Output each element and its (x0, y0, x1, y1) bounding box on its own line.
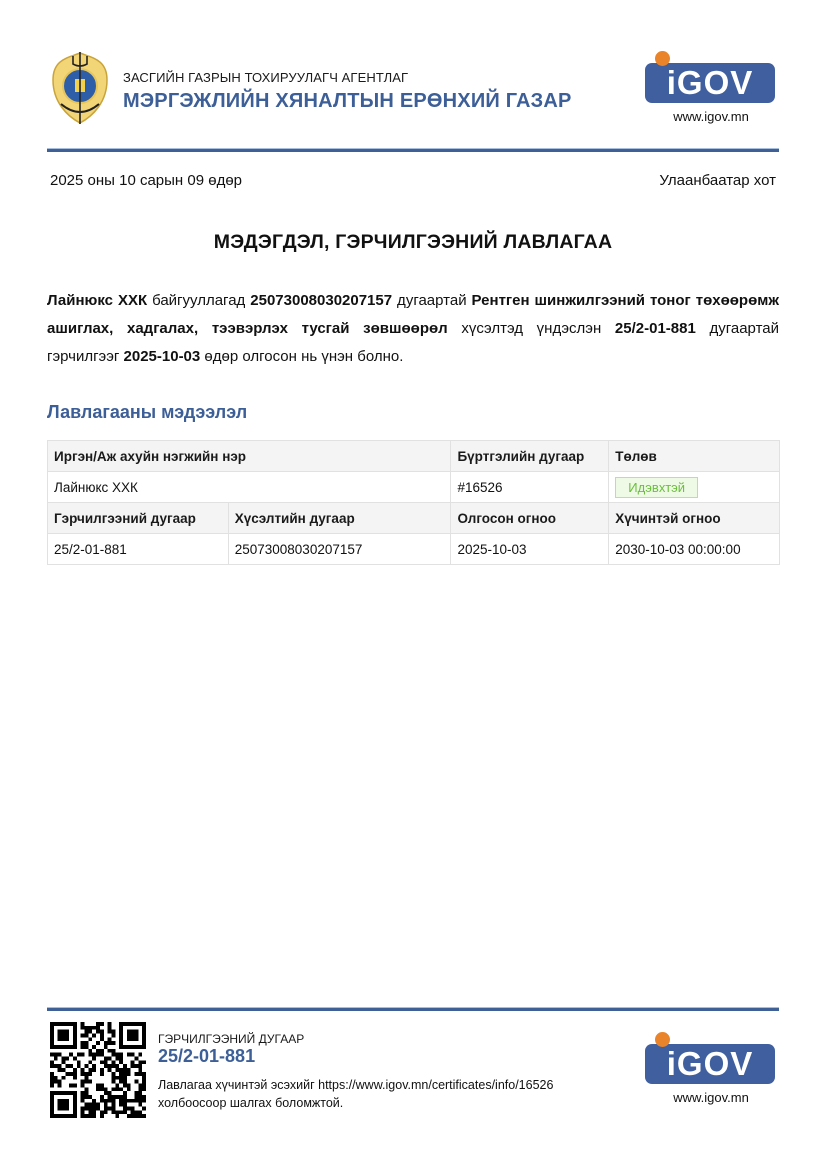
qr-code-icon[interactable] (50, 1022, 146, 1118)
section-title: Лавлагааны мэдээлэл (47, 402, 247, 423)
cell-registration-no: #16526 (451, 472, 609, 503)
cell-status: Идэвхтэй (609, 472, 780, 503)
cell-issued-date: 2025-10-03 (451, 534, 609, 565)
table-header-row: Иргэн/Аж ахуйн нэгжийн нэр Бүртгэлийн ду… (48, 441, 780, 472)
igov-logo-top: iGOV www.igov.mn (645, 49, 777, 123)
igov-url: www.igov.mn (645, 1090, 777, 1105)
footer-cert-label: ГЭРЧИЛГЭЭНИЙ ДУГААР (158, 1032, 304, 1046)
header-registration-no: Бүртгэлийн дугаар (451, 441, 609, 472)
status-badge: Идэвхтэй (615, 477, 698, 498)
document-date: 2025 оны 10 сарын 09 өдөр (50, 172, 242, 189)
header-issued-date: Олгосон огноо (451, 503, 609, 534)
igov-url: www.igov.mn (645, 109, 777, 124)
issue-date: 2025-10-03 (124, 348, 201, 365)
igov-logo-bottom: iGOV www.igov.mn (645, 1030, 777, 1104)
header-valid-date: Хүчинтэй огноо (609, 503, 780, 534)
cell-entity-name: Лайнюкс ХХК (48, 472, 451, 503)
reference-info-table: Иргэн/Аж ахуйн нэгжийн нэр Бүртгэлийн ду… (47, 440, 780, 565)
verification-line-2: холбоосоор шалгах боломжтой. (158, 1094, 628, 1112)
verification-link-line[interactable]: Лавлагаа хүчинтэй эсэхийг https://www.ig… (158, 1076, 628, 1094)
header-request-no: Хүсэлтийн дугаар (228, 503, 451, 534)
table-header-row: Гэрчилгээний дугаар Хүсэлтийн дугаар Олг… (48, 503, 780, 534)
emblem-icon (49, 50, 111, 126)
footer-cert-number: 25/2-01-881 (158, 1046, 255, 1067)
igov-logo-text: iGOV (645, 63, 775, 103)
header-cert-no: Гэрчилгээний дугаар (48, 503, 229, 534)
document-title: МЭДЭГДЭЛ, ГЭРЧИЛГЭЭНИЙ ЛАВЛАГАА (0, 231, 826, 254)
verification-text: Лавлагаа хүчинтэй эсэхийг https://www.ig… (158, 1076, 628, 1112)
header-divider (47, 148, 779, 152)
certificate-number: 25/2-01-881 (615, 320, 696, 337)
igov-dot-icon (655, 51, 670, 66)
header-entity-name: Иргэн/Аж ахуйн нэгжийн нэр (48, 441, 451, 472)
document-city: Улаанбаатар хот (659, 172, 776, 189)
org-name: МЭРГЭЖЛИЙН ХЯНАЛТЫН ЕРӨНХИЙ ГАЗАР (123, 90, 572, 113)
cell-cert-no: 25/2-01-881 (48, 534, 229, 565)
footer-divider (47, 1007, 779, 1011)
cell-valid-date: 2030-10-03 00:00:00 (609, 534, 780, 565)
cell-request-no: 25073008030207157 (228, 534, 451, 565)
org-subtitle: ЗАСГИЙН ГАЗРЫН ТОХИРУУЛАГЧ АГЕНТЛАГ (123, 70, 408, 85)
body-paragraph: Лайнюкс ХХК байгууллагад 250730080302071… (47, 287, 779, 371)
table-row: Лайнюкс ХХК #16526 Идэвхтэй (48, 472, 780, 503)
request-number: 25073008030207157 (250, 292, 392, 309)
header-status: Төлөв (609, 441, 780, 472)
table-row: 25/2-01-881 25073008030207157 2025-10-03… (48, 534, 780, 565)
igov-logo-text: iGOV (645, 1044, 775, 1084)
company-name: Лайнюкс ХХК (47, 292, 147, 309)
igov-dot-icon (655, 1032, 670, 1047)
